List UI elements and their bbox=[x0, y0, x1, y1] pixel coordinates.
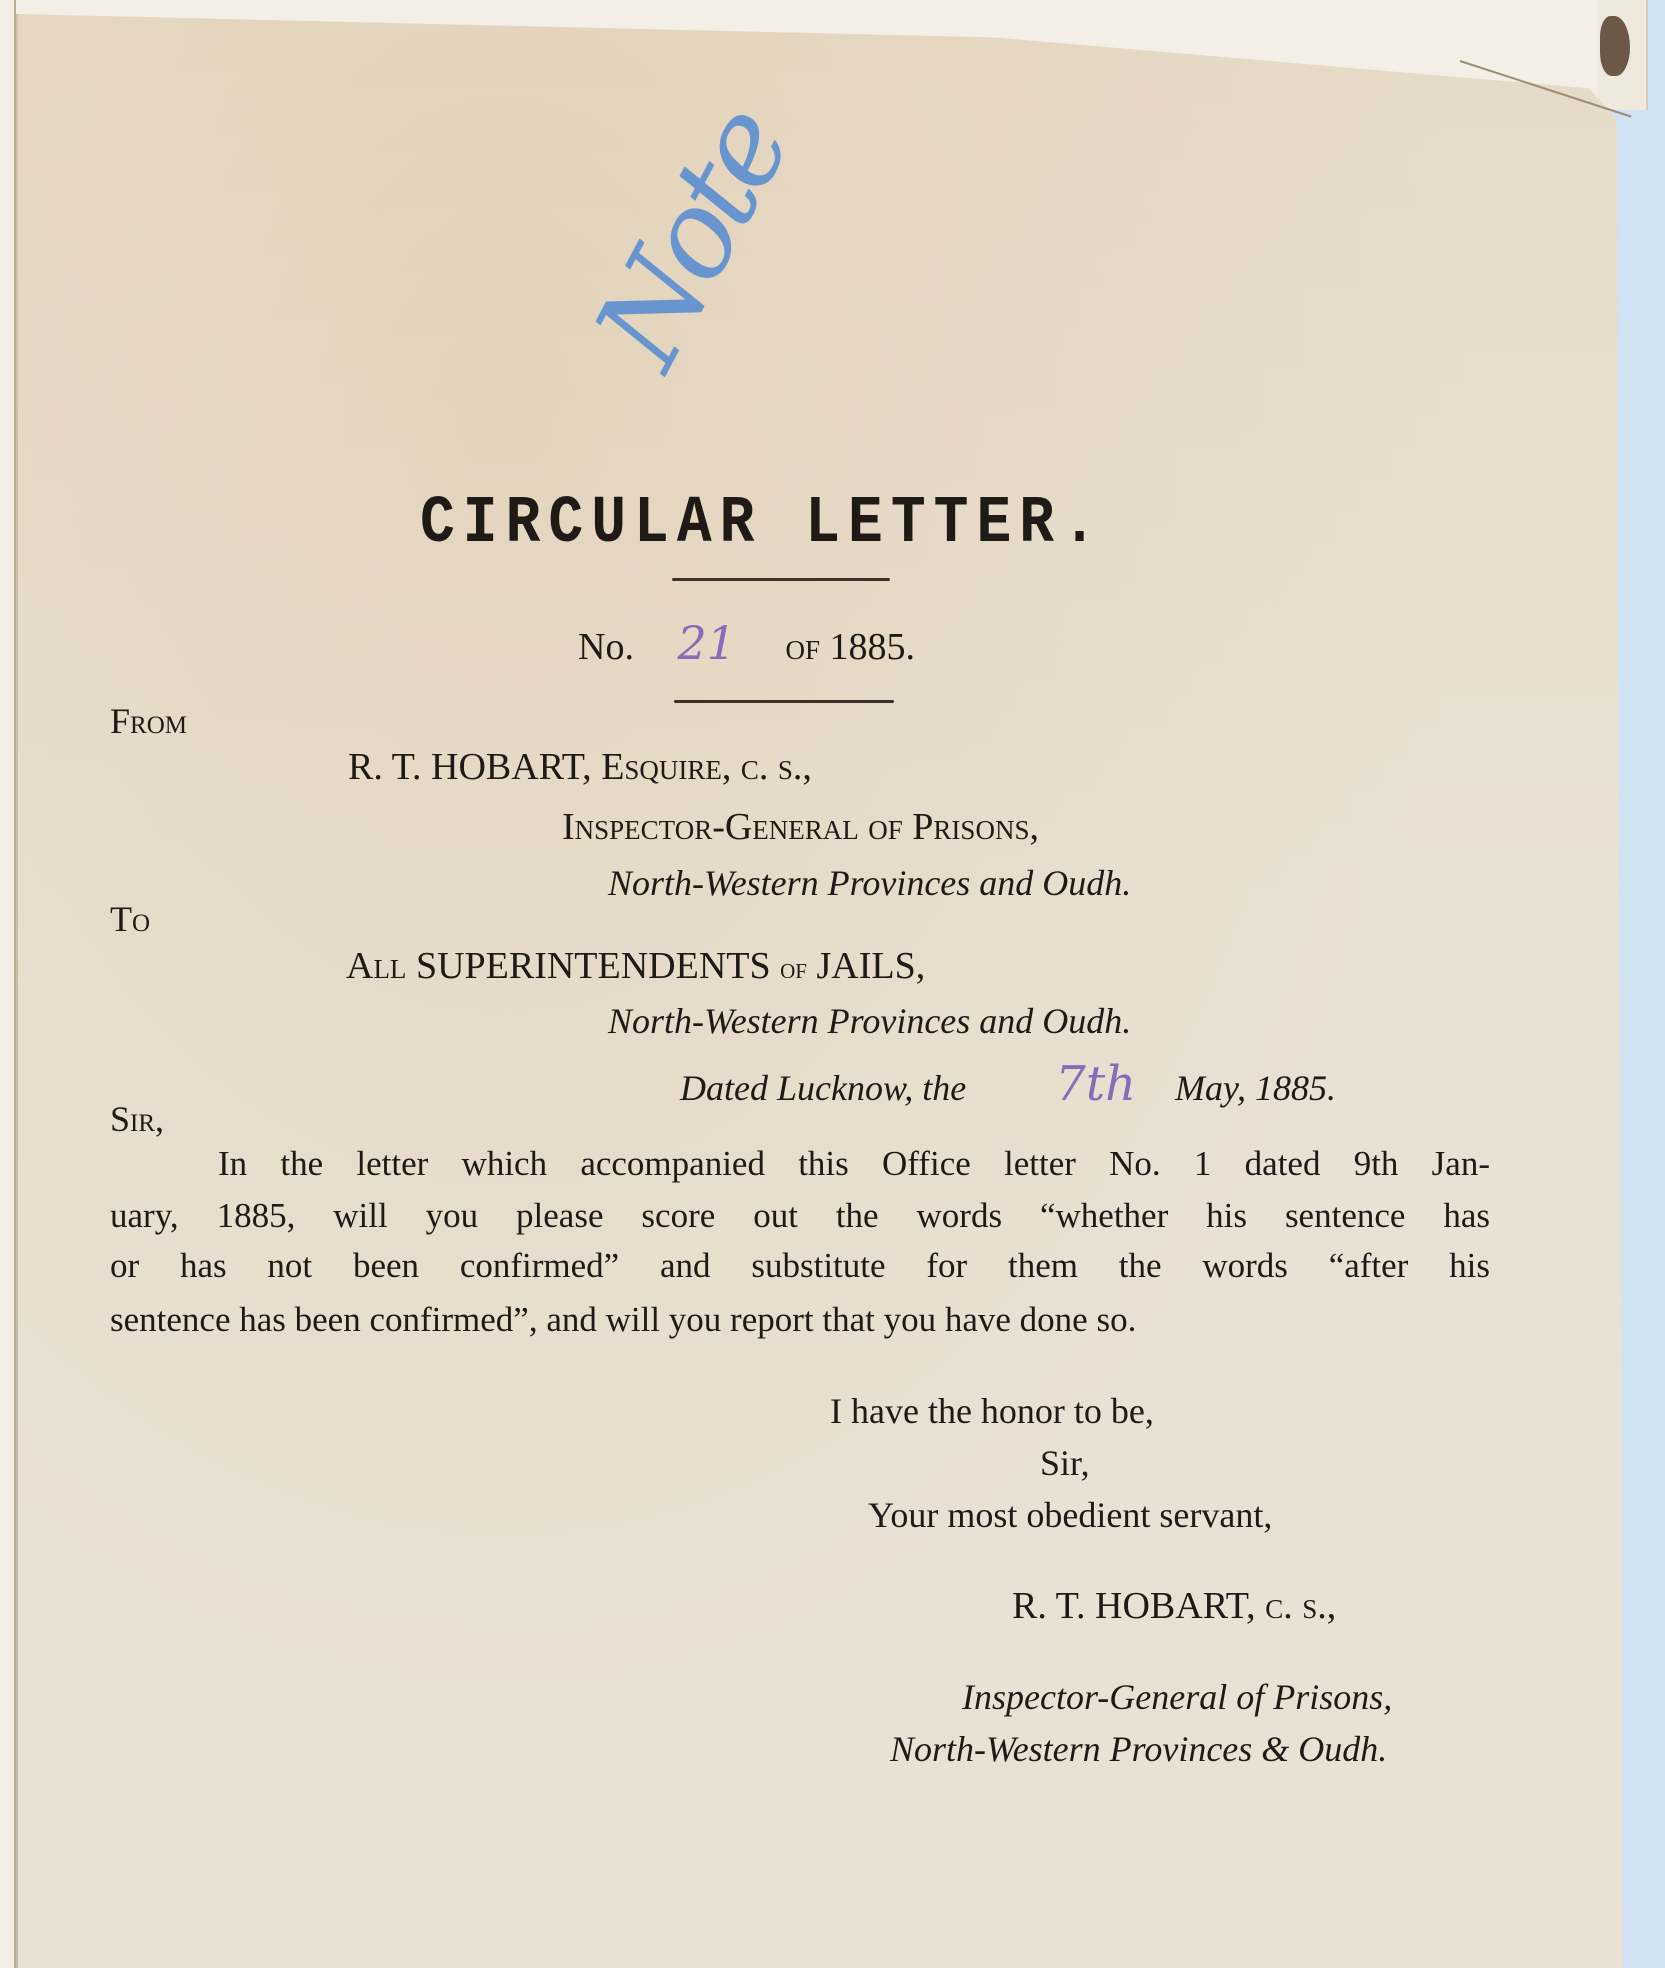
signatory-title: Inspector-General of Prisons, bbox=[962, 1676, 1392, 1718]
salutation: Sir, bbox=[110, 1098, 164, 1140]
signature-line: R. T. HOBART, c. s., bbox=[1012, 1584, 1336, 1628]
to-label: To bbox=[110, 898, 150, 940]
title-divider bbox=[672, 578, 890, 581]
number-prefix: No. bbox=[578, 626, 634, 668]
circular-number: No. 21 of 1885. bbox=[578, 616, 915, 670]
sender-name-line: R. T. HOBART, Esquire, c. s., bbox=[348, 745, 812, 789]
body-line-4: sentence has been confirmed”, and will y… bbox=[110, 1300, 1136, 1340]
letter-paper bbox=[16, 14, 1646, 1968]
sender-name-suffix: Esquire, c. s., bbox=[601, 746, 812, 788]
sender-region: North-Western Provinces and Oudh. bbox=[608, 862, 1131, 904]
binding-mark bbox=[1600, 16, 1630, 76]
signature-name: R. T. HOBART, bbox=[1012, 1585, 1256, 1627]
recipient-main: SUPERINTENDENTS bbox=[416, 945, 771, 987]
handwritten-day: 7th bbox=[1055, 1056, 1136, 1112]
recipient-prefix: All bbox=[346, 945, 406, 987]
signature-suffix: c. s., bbox=[1265, 1585, 1336, 1627]
number-suffix: of 1885. bbox=[786, 626, 916, 668]
recipient-end: JAILS, bbox=[816, 945, 925, 987]
handwritten-number: 21 bbox=[677, 616, 736, 670]
dateline-month: May, 1885. bbox=[1175, 1068, 1336, 1108]
dateline: Dated Lucknow, the 7th May, 1885. bbox=[680, 1056, 1336, 1112]
paper-left-edge bbox=[14, 0, 16, 1968]
signatory-region: North-Western Provinces & Oudh. bbox=[890, 1728, 1387, 1770]
body-line-2: uary, 1885, will you please score out th… bbox=[110, 1196, 1490, 1236]
recipient-line: All SUPERINTENDENTS of JAILS, bbox=[346, 944, 925, 988]
closing-line-2: Sir, bbox=[1040, 1442, 1090, 1484]
closing-line-1: I have the honor to be, bbox=[830, 1390, 1154, 1432]
sender-name: R. T. HOBART, bbox=[348, 746, 592, 788]
number-divider bbox=[674, 700, 894, 703]
recipient-of: of bbox=[780, 952, 807, 985]
closing-line-3: Your most obedient servant, bbox=[868, 1494, 1272, 1536]
recipient-region: North-Western Provinces and Oudh. bbox=[608, 1000, 1131, 1042]
from-label: From bbox=[110, 700, 187, 742]
document-title: CIRCULAR LETTER. bbox=[420, 487, 1105, 562]
body-line-1: In the letter which accompanied this Off… bbox=[110, 1144, 1490, 1184]
body-line-3: or has not been confirmed” and substitut… bbox=[110, 1246, 1490, 1286]
sender-office: Inspector-General of Prisons, bbox=[562, 805, 1039, 849]
dateline-prefix: Dated Lucknow, the bbox=[680, 1068, 966, 1108]
